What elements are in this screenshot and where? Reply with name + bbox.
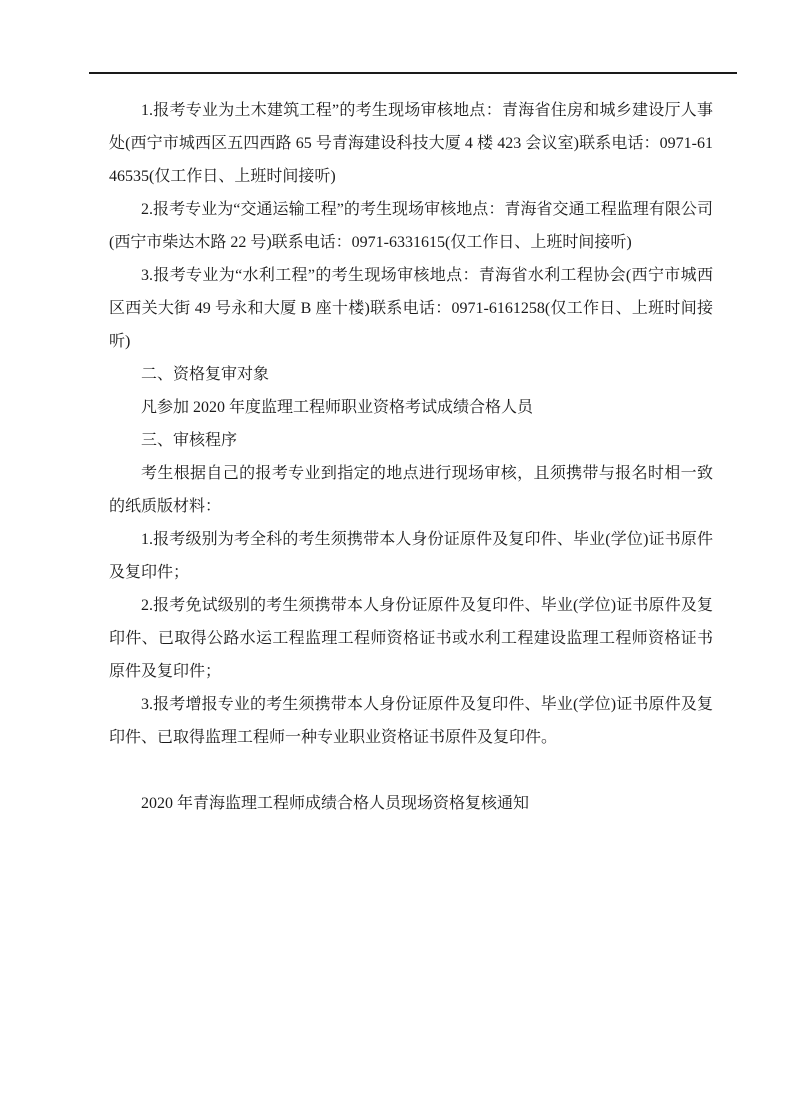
paragraph-civil-engineering-venue: 1.报考专业为土木建筑工程”的考生现场审核地点：青海省住房和城乡建设厅人事处(西… — [109, 94, 713, 193]
paragraph-transport-engineering-venue: 2.报考专业为“交通运输工程”的考生现场审核地点：青海省交通工程监理有限公司(西… — [109, 193, 713, 259]
paragraph-water-engineering-venue: 3.报考专业为“水利工程”的考生现场审核地点：青海省水利工程协会(西宁市城西区西… — [109, 259, 713, 358]
paragraph-requirement-exempt-level: 2.报考免试级别的考生须携带本人身份证原件及复印件、毕业(学位)证书原件及复印件… — [109, 589, 713, 688]
heading-review-procedure: 三、审核程序 — [109, 424, 713, 457]
footer-document-title: 2020 年青海监理工程师成绩合格人员现场资格复核通知 — [109, 787, 713, 820]
header-rule — [89, 72, 737, 74]
paragraph-requirement-additional-major: 3.报考增报专业的考生须携带本人身份证原件及复印件、毕业(学位)证书原件及复印件… — [109, 688, 713, 754]
paragraph-review-targets: 凡参加 2020 年度监理工程师职业资格考试成绩合格人员 — [109, 391, 713, 424]
paragraph-procedure-intro: 考生根据自己的报考专业到指定的地点进行现场审核，且须携带与报名时相一致的纸质版材… — [109, 457, 713, 523]
document-body: 1.报考专业为土木建筑工程”的考生现场审核地点：青海省住房和城乡建设厅人事处(西… — [109, 94, 713, 820]
paragraph-requirement-full-exam: 1.报考级别为考全科的考生须携带本人身份证原件及复印件、毕业(学位)证书原件及复… — [109, 523, 713, 589]
heading-review-targets: 二、资格复审对象 — [109, 358, 713, 391]
document-page: 1.报考专业为土木建筑工程”的考生现场审核地点：青海省住房和城乡建设厅人事处(西… — [0, 0, 792, 1120]
